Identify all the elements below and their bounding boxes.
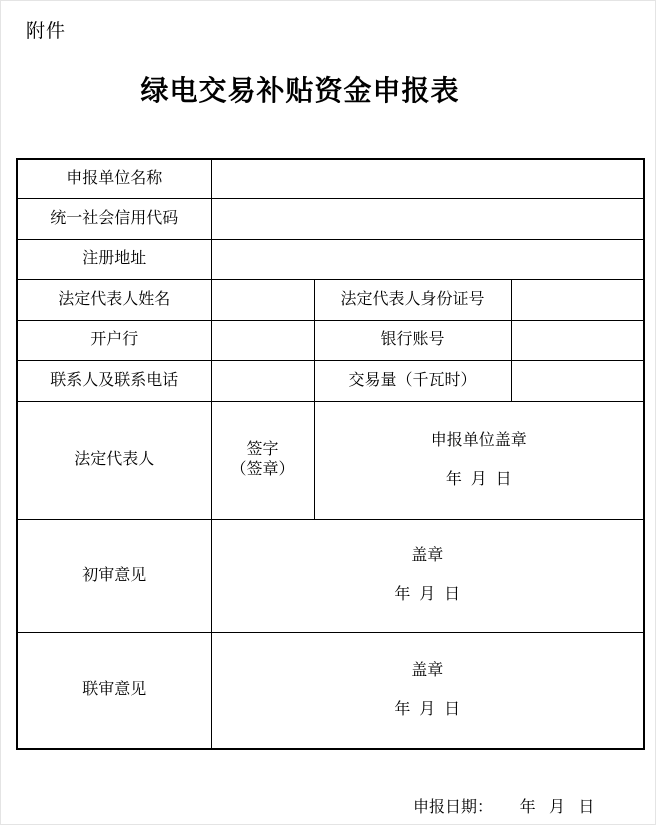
table-row-legal-rep-name: 法定代表人姓名 法定代表人身份证号	[17, 279, 644, 320]
table-row-registered-address: 注册地址	[17, 239, 644, 279]
table-row-contact: 联系人及联系电话 交易量（千瓦时）	[17, 360, 644, 401]
table-row-joint-review: 联审意见 盖章 年 月 日	[17, 632, 644, 749]
page-title: 绿电交易补贴资金申报表	[1, 73, 655, 109]
field-value-legal-rep-id	[511, 279, 644, 320]
field-value-registered-address	[211, 239, 644, 279]
declaration-date-line: 申报日期： 年 月 日	[413, 794, 594, 817]
field-label-registered-address: 注册地址	[17, 239, 211, 279]
joint-review-seal-cell: 盖章 年 月 日	[211, 632, 644, 749]
field-label-bank-branch: 开户行	[17, 320, 211, 360]
table-row-first-review: 初审意见 盖章 年 月 日	[17, 519, 644, 632]
unit-seal-text: 申报单位盖章	[315, 431, 644, 451]
field-value-unit-name	[211, 159, 644, 198]
field-label-legal-rep-name: 法定代表人姓名	[17, 279, 211, 320]
field-label-legal-rep-id: 法定代表人身份证号	[314, 279, 511, 320]
signature-line-2: （签章）	[212, 460, 314, 480]
attachment-label: 附件	[26, 16, 66, 43]
document-page: 附件 绿电交易补贴资金申报表 申报单位名称 统一社会信用代码 注册地址 法定代表…	[0, 0, 656, 825]
table-row-credit-code: 统一社会信用代码	[17, 198, 644, 239]
signature-line-1: 签字	[212, 440, 314, 460]
signature-seal-cell: 签字 （签章）	[211, 401, 314, 519]
field-label-credit-code: 统一社会信用代码	[17, 198, 211, 239]
field-value-contact-phone	[211, 360, 314, 401]
field-label-unit-name: 申报单位名称	[17, 159, 211, 198]
field-label-trade-volume: 交易量（千瓦时）	[314, 360, 511, 401]
joint-review-seal-text: 盖章	[212, 661, 644, 681]
first-review-seal-text: 盖章	[212, 546, 644, 566]
table-row-bank: 开户行 银行账号	[17, 320, 644, 360]
first-review-seal-cell: 盖章 年 月 日	[211, 519, 644, 632]
field-value-legal-rep-name	[211, 279, 314, 320]
unit-seal-date: 年 月 日	[315, 470, 644, 490]
field-label-legal-rep: 法定代表人	[17, 401, 211, 519]
field-label-contact-phone: 联系人及联系电话	[17, 360, 211, 401]
table-row-legal-rep-signature: 法定代表人 签字 （签章） 申报单位盖章 年 月 日	[17, 401, 644, 519]
unit-seal-cell: 申报单位盖章 年 月 日	[314, 401, 644, 519]
joint-review-seal-date: 年 月 日	[212, 700, 644, 720]
application-form-table: 申报单位名称 统一社会信用代码 注册地址 法定代表人姓名 法定代表人身份证号 开…	[16, 158, 645, 750]
field-label-bank-account: 银行账号	[314, 320, 511, 360]
table-row-unit-name: 申报单位名称	[17, 159, 644, 198]
field-value-trade-volume	[511, 360, 644, 401]
field-value-bank-branch	[211, 320, 314, 360]
field-value-credit-code	[211, 198, 644, 239]
field-label-first-review: 初审意见	[17, 519, 211, 632]
first-review-seal-date: 年 月 日	[212, 585, 644, 605]
field-label-joint-review: 联审意见	[17, 632, 211, 749]
field-value-bank-account	[511, 320, 644, 360]
